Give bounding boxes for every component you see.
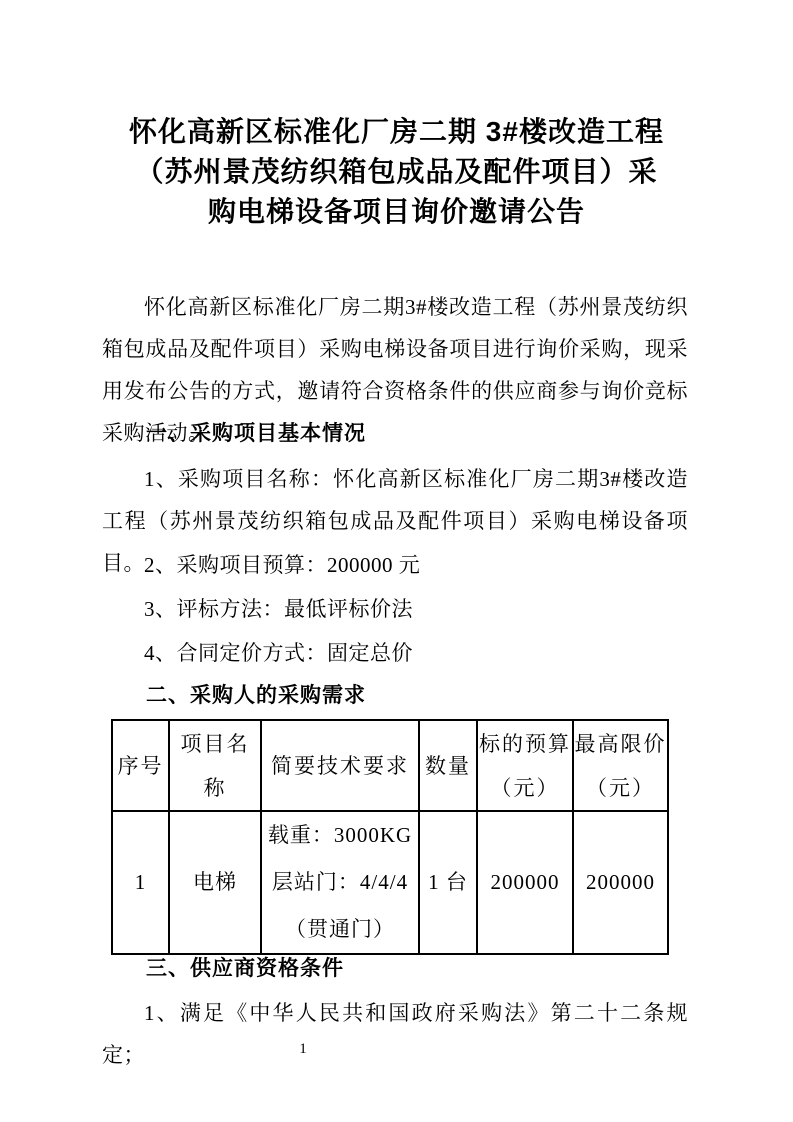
document-title-line-3: 购电梯设备项目询价邀请公告 <box>0 192 793 232</box>
table-cell-target-budget: 200000 <box>477 811 573 954</box>
table-row: 1 电梯 载重：3000KG 层站门：4/4/4 （贯通门） 1 台 20000… <box>112 811 668 954</box>
table-cell-project-name: 电梯 <box>169 811 261 954</box>
section-heading-basic-info: 一、采购项目基本情况 <box>102 413 688 455</box>
table-header-target-budget: 标的预算 （元） <box>477 720 573 811</box>
document-page: 怀化高新区标准化厂房二期 3#楼改造工程 （苏州景茂纺织箱包成品及配件项目）采 … <box>0 0 793 1122</box>
table-header-seq: 序号 <box>112 720 169 811</box>
section-heading-procurement-demand: 二、采购人的采购需求 <box>102 675 688 717</box>
table-cell-quantity: 1 台 <box>419 811 477 954</box>
table-cell-max-price: 200000 <box>573 811 668 954</box>
table-header-quantity: 数量 <box>419 720 477 811</box>
document-title-line-1: 怀化高新区标准化厂房二期 3#楼改造工程 <box>0 112 793 152</box>
item-qualification-law: 1、满足《中华人民共和国政府采购法》第二十二条规定； <box>102 992 688 1076</box>
document-title-line-2: （苏州景茂纺织箱包成品及配件项目）采 <box>0 152 793 192</box>
table-header-max-price: 最高限价 （元） <box>573 720 668 811</box>
table-cell-seq: 1 <box>112 811 169 954</box>
requirements-table: 序号 项目名称 简要技术要求 数量 标的预算 （元） 最高限价 （元） 1 电梯… <box>111 719 669 955</box>
page-number: 1 <box>278 1040 328 1058</box>
table-header-project-name: 项目名称 <box>169 720 261 811</box>
item-contract-pricing: 4、合同定价方式：固定总价 <box>102 632 688 674</box>
table-header-tech-requirements: 简要技术要求 <box>261 720 419 811</box>
table-cell-tech-requirements: 载重：3000KG 层站门：4/4/4 （贯通门） <box>261 811 419 954</box>
section-heading-supplier-qualification: 三、供应商资格条件 <box>102 948 688 990</box>
document-title: 怀化高新区标准化厂房二期 3#楼改造工程 （苏州景茂纺织箱包成品及配件项目）采 … <box>0 112 793 232</box>
item-project-budget: 2、采购项目预算：200000 元 <box>102 544 688 586</box>
item-evaluation-method: 3、评标方法：最低评标价法 <box>102 588 688 630</box>
table-header-row: 序号 项目名称 简要技术要求 数量 标的预算 （元） 最高限价 （元） <box>112 720 668 811</box>
